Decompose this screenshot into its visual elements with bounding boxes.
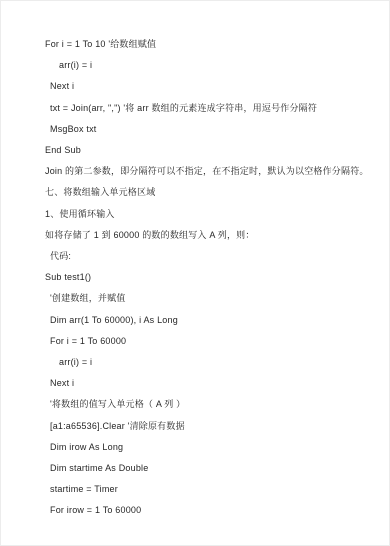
code-line-for-60000: For i = 1 To 60000 — [1, 331, 375, 352]
code-line-msgbox: MsgBox txt — [1, 119, 375, 140]
code-line-dim-startime: Dim startime As Double — [1, 458, 375, 479]
code-line-sub-test1: Sub test1() — [1, 267, 375, 288]
subsection-heading: 1、使用循环输入 — [1, 204, 375, 225]
document-page: For i = 1 To 10 '给数组赋值arr(i) = iNext itx… — [0, 0, 390, 546]
code-line-for-irow: For irow = 1 To 60000 — [1, 500, 375, 521]
code-comment-create-array: '创建数组，并赋值 — [1, 288, 375, 309]
code-line-join: txt = Join(arr, ",") '将 arr 数组的元素连成字符串，用… — [1, 98, 375, 119]
paragraph-example-intro: 如将存储了 1 到 60000 的数的数组写入 A 列，则： — [1, 225, 375, 246]
code-line-next: Next i — [1, 76, 375, 97]
code-line-dim-irow: Dim irow As Long — [1, 437, 375, 458]
code-line-for-assign: For i = 1 To 10 '给数组赋值 — [1, 34, 375, 55]
code-comment-write-cells: '将数组的值写入单元格（ A 列 ） — [1, 394, 375, 415]
code-line-dim-arr: Dim arr(1 To 60000), i As Long — [1, 310, 375, 331]
code-line-arr-set: arr(i) = i — [1, 55, 375, 76]
document-content: For i = 1 To 10 '给数组赋值arr(i) = iNext itx… — [1, 1, 389, 522]
section-heading: 七、将数组输入单元格区域 — [1, 182, 375, 203]
code-line-arr-set-2: arr(i) = i — [1, 352, 375, 373]
paragraph-join-note: Join 的第二参数，即分隔符可以不指定，在不指定时，默认为以空格作分隔符。 — [1, 161, 375, 182]
code-line-startime-timer: startime = Timer — [1, 479, 375, 500]
code-line-clear: [a1:a65536].Clear '清除原有数据 — [1, 416, 375, 437]
code-line-end-sub: End Sub — [1, 140, 375, 161]
code-line-next-2: Next i — [1, 373, 375, 394]
code-label: 代码: — [1, 246, 375, 267]
